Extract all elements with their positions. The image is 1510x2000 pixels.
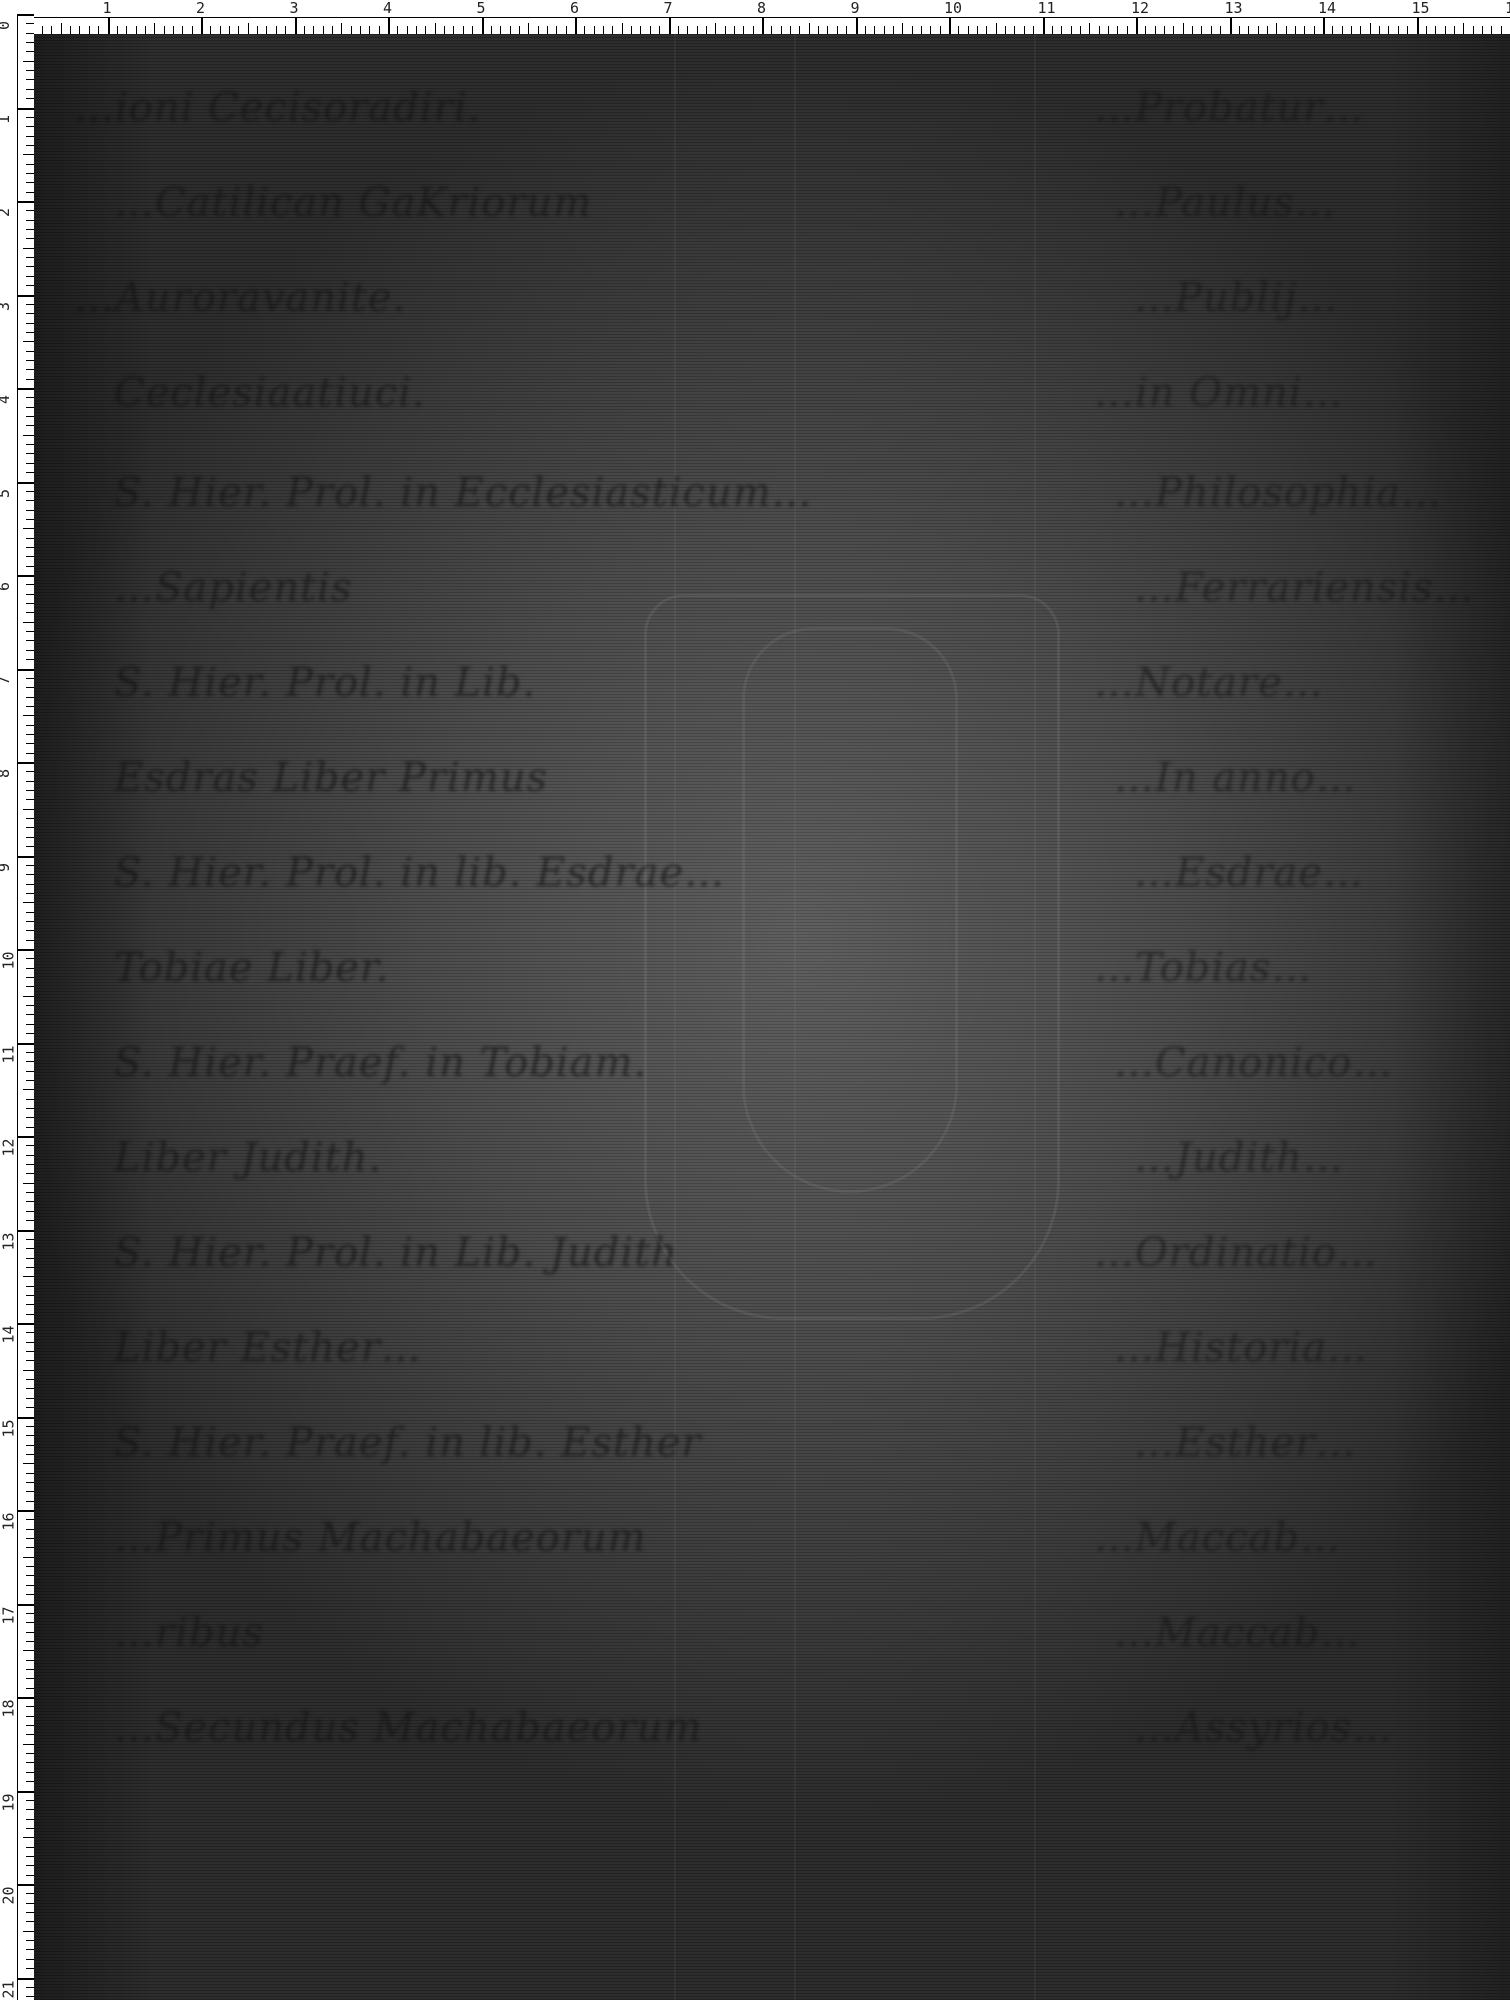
ruler-tick [706,26,707,34]
ruler-top-label: 2 [196,1,205,16]
ruler-tick [1388,26,1389,34]
ruler-tick [26,1267,34,1268]
ruler-tick [1211,26,1212,34]
ruler-tick [26,1847,34,1848]
ruler-tick [26,89,34,90]
ruler-top-label: 9 [851,1,860,16]
ruler-tick [26,893,34,894]
ruler-tick [26,1856,34,1857]
ruler-tick [17,1043,34,1045]
ruler-tick [26,266,34,267]
ruler-tick [921,26,922,34]
ruler-tick [977,26,978,34]
ruler-tick [1117,26,1118,34]
ruler-tick [444,26,445,34]
ruler-tick [1473,26,1474,34]
ruler-tick [407,26,408,34]
ruler-top: 01234567891011121314151 [0,0,1510,34]
ruler-tick [295,17,297,34]
ruler-tick [1258,26,1259,34]
ruler-tick [26,463,34,464]
ruler-tick [26,1005,34,1006]
ruler-left-label: 8 [0,769,12,778]
ruler-tick [26,1014,34,1015]
ruler-top-label: 1 [1505,1,1510,16]
ruler-tick [26,332,34,333]
ruler-tick [26,1445,34,1446]
manuscript-line: S. Hier. Prol. in Lib. Judith [114,1230,678,1276]
ruler-tick [229,26,230,34]
ruler-tick [1033,26,1034,34]
ruler-tick [341,23,342,34]
ruler-tick [1482,26,1483,34]
manuscript-line: …in Omni… [1094,370,1344,416]
ruler-tick [332,26,333,34]
ruler-tick [912,26,913,34]
ruler-tick [26,1566,34,1567]
ruler-tick [26,1613,34,1614]
ruler-tick [23,1276,34,1277]
ruler-tick [26,865,34,866]
ruler-tick [612,26,613,34]
ruler-left-label: 4 [0,395,12,404]
ruler-tick [23,902,34,903]
manuscript-line: …Maccab… [1114,1610,1361,1656]
ruler-tick [26,1940,34,1941]
ruler-tick [1145,26,1146,34]
ruler-tick [26,1538,34,1539]
ruler-tick [874,26,875,34]
ruler-tick [26,1033,34,1034]
ruler-tick [1276,23,1277,34]
ruler-tick [26,1024,34,1025]
ruler-tick [818,26,819,34]
ruler-tick [26,229,34,230]
ruler-tick [26,407,34,408]
manuscript-line: …Esther… [1134,1420,1356,1466]
ruler-tick [26,930,34,931]
ruler-tick [1173,26,1174,34]
manuscript-line: S. Hier. Praef. in lib. Esther [114,1420,702,1466]
ruler-tick [26,1706,34,1707]
ruler-tick [23,61,34,62]
ruler-tick [26,771,34,772]
ruler-top-label: 11 [1038,1,1056,16]
ruler-left-label: 2 [0,208,12,217]
ruler-tick [1445,26,1446,34]
ruler-left-label: 21 [2,1980,17,1998]
ruler-tick [26,1678,34,1679]
manuscript-line: …Maccab… [1094,1515,1341,1561]
ruler-tick [856,17,858,34]
ruler-tick [1286,26,1287,34]
ruler-tick [238,26,239,34]
ruler-tick [26,220,34,221]
ruler-tick [1370,23,1371,34]
ruler-tick [26,453,34,454]
ruler-tick [17,1417,34,1419]
ruler-tick [1435,26,1436,34]
ruler-top-label: 8 [757,1,766,16]
ruler-tick [884,26,885,34]
ruler-tick [79,26,80,34]
ruler-tick [687,26,688,34]
ruler-tick [17,1510,34,1512]
manuscript-line: …Catilican GaKriorum [114,180,592,226]
ruler-tick [26,743,34,744]
ruler-tick [26,827,34,828]
ruler-tick [510,26,511,34]
ruler-tick [1426,26,1427,34]
ruler-tick [753,26,754,34]
ruler-tick [42,26,43,34]
ruler-tick [1267,26,1268,34]
ruler-tick [26,659,34,660]
ruler-tick [17,201,34,203]
ruler-tick [734,26,735,34]
ruler-tick [26,397,34,398]
ruler-tick [26,360,34,361]
ruler-left-label: 20 [2,1886,17,1904]
manuscript-line: …Sapientis [114,565,352,611]
ruler-tick [528,23,529,34]
ruler-tick [584,26,585,34]
ruler-tick [26,594,34,595]
ruler-tick [26,313,34,314]
ruler-tick [781,26,782,34]
ruler-tick [17,1136,34,1138]
ruler-tick [26,117,34,118]
ruler-tick [323,26,324,34]
ruler-tick [26,1762,34,1763]
ruler-tick [846,26,847,34]
ruler-tick [369,26,370,34]
ruler-tick [1192,26,1193,34]
ruler-tick [26,51,34,52]
ruler-tick [26,631,34,632]
ruler-tick [23,1931,34,1932]
ruler-left-label: 17 [2,1606,17,1624]
ruler-tick [1295,26,1296,34]
ruler-left-label: 13 [2,1232,17,1250]
ruler-tick [1248,26,1249,34]
manuscript-line: …Esdrae… [1134,850,1364,896]
ruler-tick [23,1557,34,1558]
ruler-tick [1220,26,1221,34]
ruler-tick [26,416,34,417]
ruler-tick [26,1080,34,1081]
ruler-tick [26,1258,34,1259]
ruler-tick [26,98,34,99]
ruler-tick [697,26,698,34]
ruler-tick [23,341,34,342]
ruler-tick [26,687,34,688]
ruler-top-label: 3 [290,1,299,16]
manuscript-line: …Tobias… [1094,945,1312,991]
ruler-tick [26,510,34,511]
ruler-tick [26,1239,34,1240]
ruler-tick [26,276,34,277]
ruler-tick [17,575,34,577]
ruler-tick [26,1959,34,1960]
ruler-tick [26,323,34,324]
ruler-tick [519,26,520,34]
ruler-tick [379,26,380,34]
ruler-left-label: 15 [2,1419,17,1437]
ruler-tick [809,23,810,34]
ruler-tick [1127,26,1128,34]
ruler-tick [26,1968,34,1969]
ruler-tick [26,958,34,959]
ruler-tick [26,257,34,258]
ruler-tick [360,26,361,34]
ruler-tick [26,1071,34,1072]
ruler-left-label: 0 [0,21,12,30]
ruler-tick [388,17,390,34]
ruler-tick [26,136,34,137]
ruler-tick [902,23,903,34]
ruler-tick [538,26,539,34]
ruler-tick [26,164,34,165]
ruler-tick [26,1379,34,1380]
ruler-tick [23,1089,34,1090]
ruler-tick [26,940,34,941]
ruler-tick [26,500,34,501]
ruler-tick [26,1304,34,1305]
ruler-tick [26,1342,34,1343]
ruler-tick [1089,23,1090,34]
ruler-tick [26,351,34,352]
ruler-tick [26,1473,34,1474]
ruler-tick [17,1604,34,1606]
ruler-tick [26,1800,34,1801]
manuscript-line: …Judith… [1134,1135,1344,1181]
ruler-tick [650,26,651,34]
ruler-tick [26,547,34,548]
ruler-tick [26,304,34,305]
ruler-tick [949,17,951,34]
ruler-tick [351,26,352,34]
ruler-tick [210,26,211,34]
watermark-shield [644,594,1060,1320]
manuscript-line: …Probatur… [1094,85,1365,131]
ruler-tick [435,23,436,34]
ruler-tick [26,1996,34,1997]
manuscript-line: …Philosophia… [1114,470,1442,516]
ruler-tick [23,622,34,623]
ruler-tick [26,182,34,183]
manuscript-line: …Notare… [1094,660,1324,706]
ruler-tick [771,26,772,34]
ruler-top-label: 6 [570,1,579,16]
ruler-tick [26,192,34,193]
ruler-tick [26,1585,34,1586]
ruler-left-label: 1 [0,114,12,123]
ruler-tick [26,697,34,698]
manuscript-line: Liber Esther… [114,1325,422,1371]
ruler-tick [23,528,34,529]
ruler-tick [26,1332,34,1333]
ruler-tick [26,145,34,146]
ruler-tick [257,26,258,34]
ruler-tick [416,26,417,34]
ruler-tick [26,566,34,567]
manuscript-line: S. Hier. Prol. in lib. Esdrae… [114,850,725,896]
ruler-tick [23,1463,34,1464]
ruler-top-label: 5 [477,1,486,16]
ruler-tick [1463,23,1464,34]
ruler-tick [26,1725,34,1726]
ruler-tick [220,26,221,34]
ruler-tick [26,1987,34,1988]
ruler-tick [26,285,34,286]
manuscript-line: …ribus [114,1610,264,1656]
manuscript-line: …Assyrios… [1134,1705,1393,1751]
ruler-tick [23,154,34,155]
ruler-tick [26,444,34,445]
ruler-tick [26,1734,34,1735]
ruler-tick [285,26,286,34]
ruler-top-label: 1 [103,1,112,16]
ruler-tick [26,1912,34,1913]
ruler-tick [26,1061,34,1062]
ruler-tick [26,874,34,875]
ruler-tick [893,26,894,34]
ruler-tick [313,26,314,34]
ruler-tick [26,678,34,679]
ruler-tick [26,790,34,791]
ruler-tick [1501,26,1502,34]
ruler-tick [26,1052,34,1053]
manuscript-line: S. Hier. Prol. in Lib. [114,660,536,706]
ruler-tick [201,17,203,34]
ruler-tick [17,108,34,110]
ruler-tick [26,1819,34,1820]
ruler-tick [26,1211,34,1212]
ruler-tick [397,26,398,34]
ruler-tick [26,612,34,613]
ruler-tick [1360,26,1361,34]
ruler-left-label: 10 [2,951,17,969]
ruler-tick [17,949,34,951]
ruler-tick [26,912,34,913]
ruler-tick [26,1491,34,1492]
ruler-tick [837,26,838,34]
ruler-tick [26,1716,34,1717]
ruler-tick [26,1145,34,1146]
ruler-tick [26,238,34,239]
manuscript-line: …Publij… [1134,275,1338,321]
ruler-tick [1314,26,1315,34]
ruler-tick [547,26,548,34]
ruler-tick [1304,26,1305,34]
ruler-tick [425,26,426,34]
ruler-tick [1239,26,1240,34]
ruler-tick [26,70,34,71]
ruler-tick [26,1351,34,1352]
ruler-tick [958,26,959,34]
ruler-tick [1201,26,1202,34]
ruler-tick [482,17,484,34]
ruler-tick [453,26,454,34]
ruler-top-label: 15 [1412,1,1430,16]
ruler-tick [26,173,34,174]
ruler-left-label: 9 [0,862,12,871]
ruler-tick [678,26,679,34]
ruler-tick [26,1547,34,1548]
ruler-left-label: 19 [2,1793,17,1811]
ruler-tick [865,26,866,34]
ruler-tick [725,26,726,34]
ruler-tick [26,1426,34,1427]
ruler-tick [17,762,34,764]
ruler-tick [26,1781,34,1782]
ruler-tick [23,248,34,249]
ruler-tick [799,26,800,34]
ruler-tick [17,669,34,671]
ruler-left: 0123456789101112131415161718192021 [0,0,34,2000]
ruler-tick [70,26,71,34]
ruler-tick [1136,17,1138,34]
ruler-tick [1071,26,1072,34]
ruler-tick [1454,26,1455,34]
ruler-tick [17,1230,34,1232]
ruler-tick [26,884,34,885]
ruler-tick [26,42,34,43]
ruler-tick [89,26,90,34]
ruler-tick [17,388,34,390]
ruler-tick [26,1903,34,1904]
manuscript-line: Liber Judith. [114,1135,382,1181]
ruler-top-label: 12 [1131,1,1149,16]
ruler-tick [1043,17,1045,34]
ruler-tick [26,1622,34,1623]
ruler-tick [26,986,34,987]
ruler-tick [98,26,99,34]
ruler-tick [463,26,464,34]
ruler-top-label: 13 [1225,1,1243,16]
ruler-tick [26,584,34,585]
ruler-tick [1491,26,1492,34]
ruler-tick [26,1893,34,1894]
ruler-tick [61,23,62,34]
ruler-tick [1005,26,1006,34]
ruler-left-label: 18 [2,1699,17,1717]
ruler-tick [17,14,34,16]
ruler-tick [26,425,34,426]
ruler-tick [1108,26,1109,34]
ruler-tick [1342,26,1343,34]
ruler-tick [26,33,34,34]
ruler-tick [26,1482,34,1483]
ruler-tick [26,1529,34,1530]
ruler-tick [23,715,34,716]
manuscript-line: …Primus Machabaeorum [114,1515,647,1561]
ruler-top-label: 4 [383,1,392,16]
ruler-tick [1417,17,1419,34]
ruler-tick [26,781,34,782]
ruler-tick [26,491,34,492]
ruler-tick [108,17,110,34]
ruler-tick [26,379,34,380]
ruler-tick [182,26,183,34]
ruler-left-label: 6 [0,582,12,591]
ruler-tick [17,295,34,297]
ruler-tick [17,1978,34,1980]
ruler-tick [26,556,34,557]
manuscript-line: S. Hier. Praef. in Tobiam. [114,1040,647,1086]
ruler-tick [26,818,34,819]
